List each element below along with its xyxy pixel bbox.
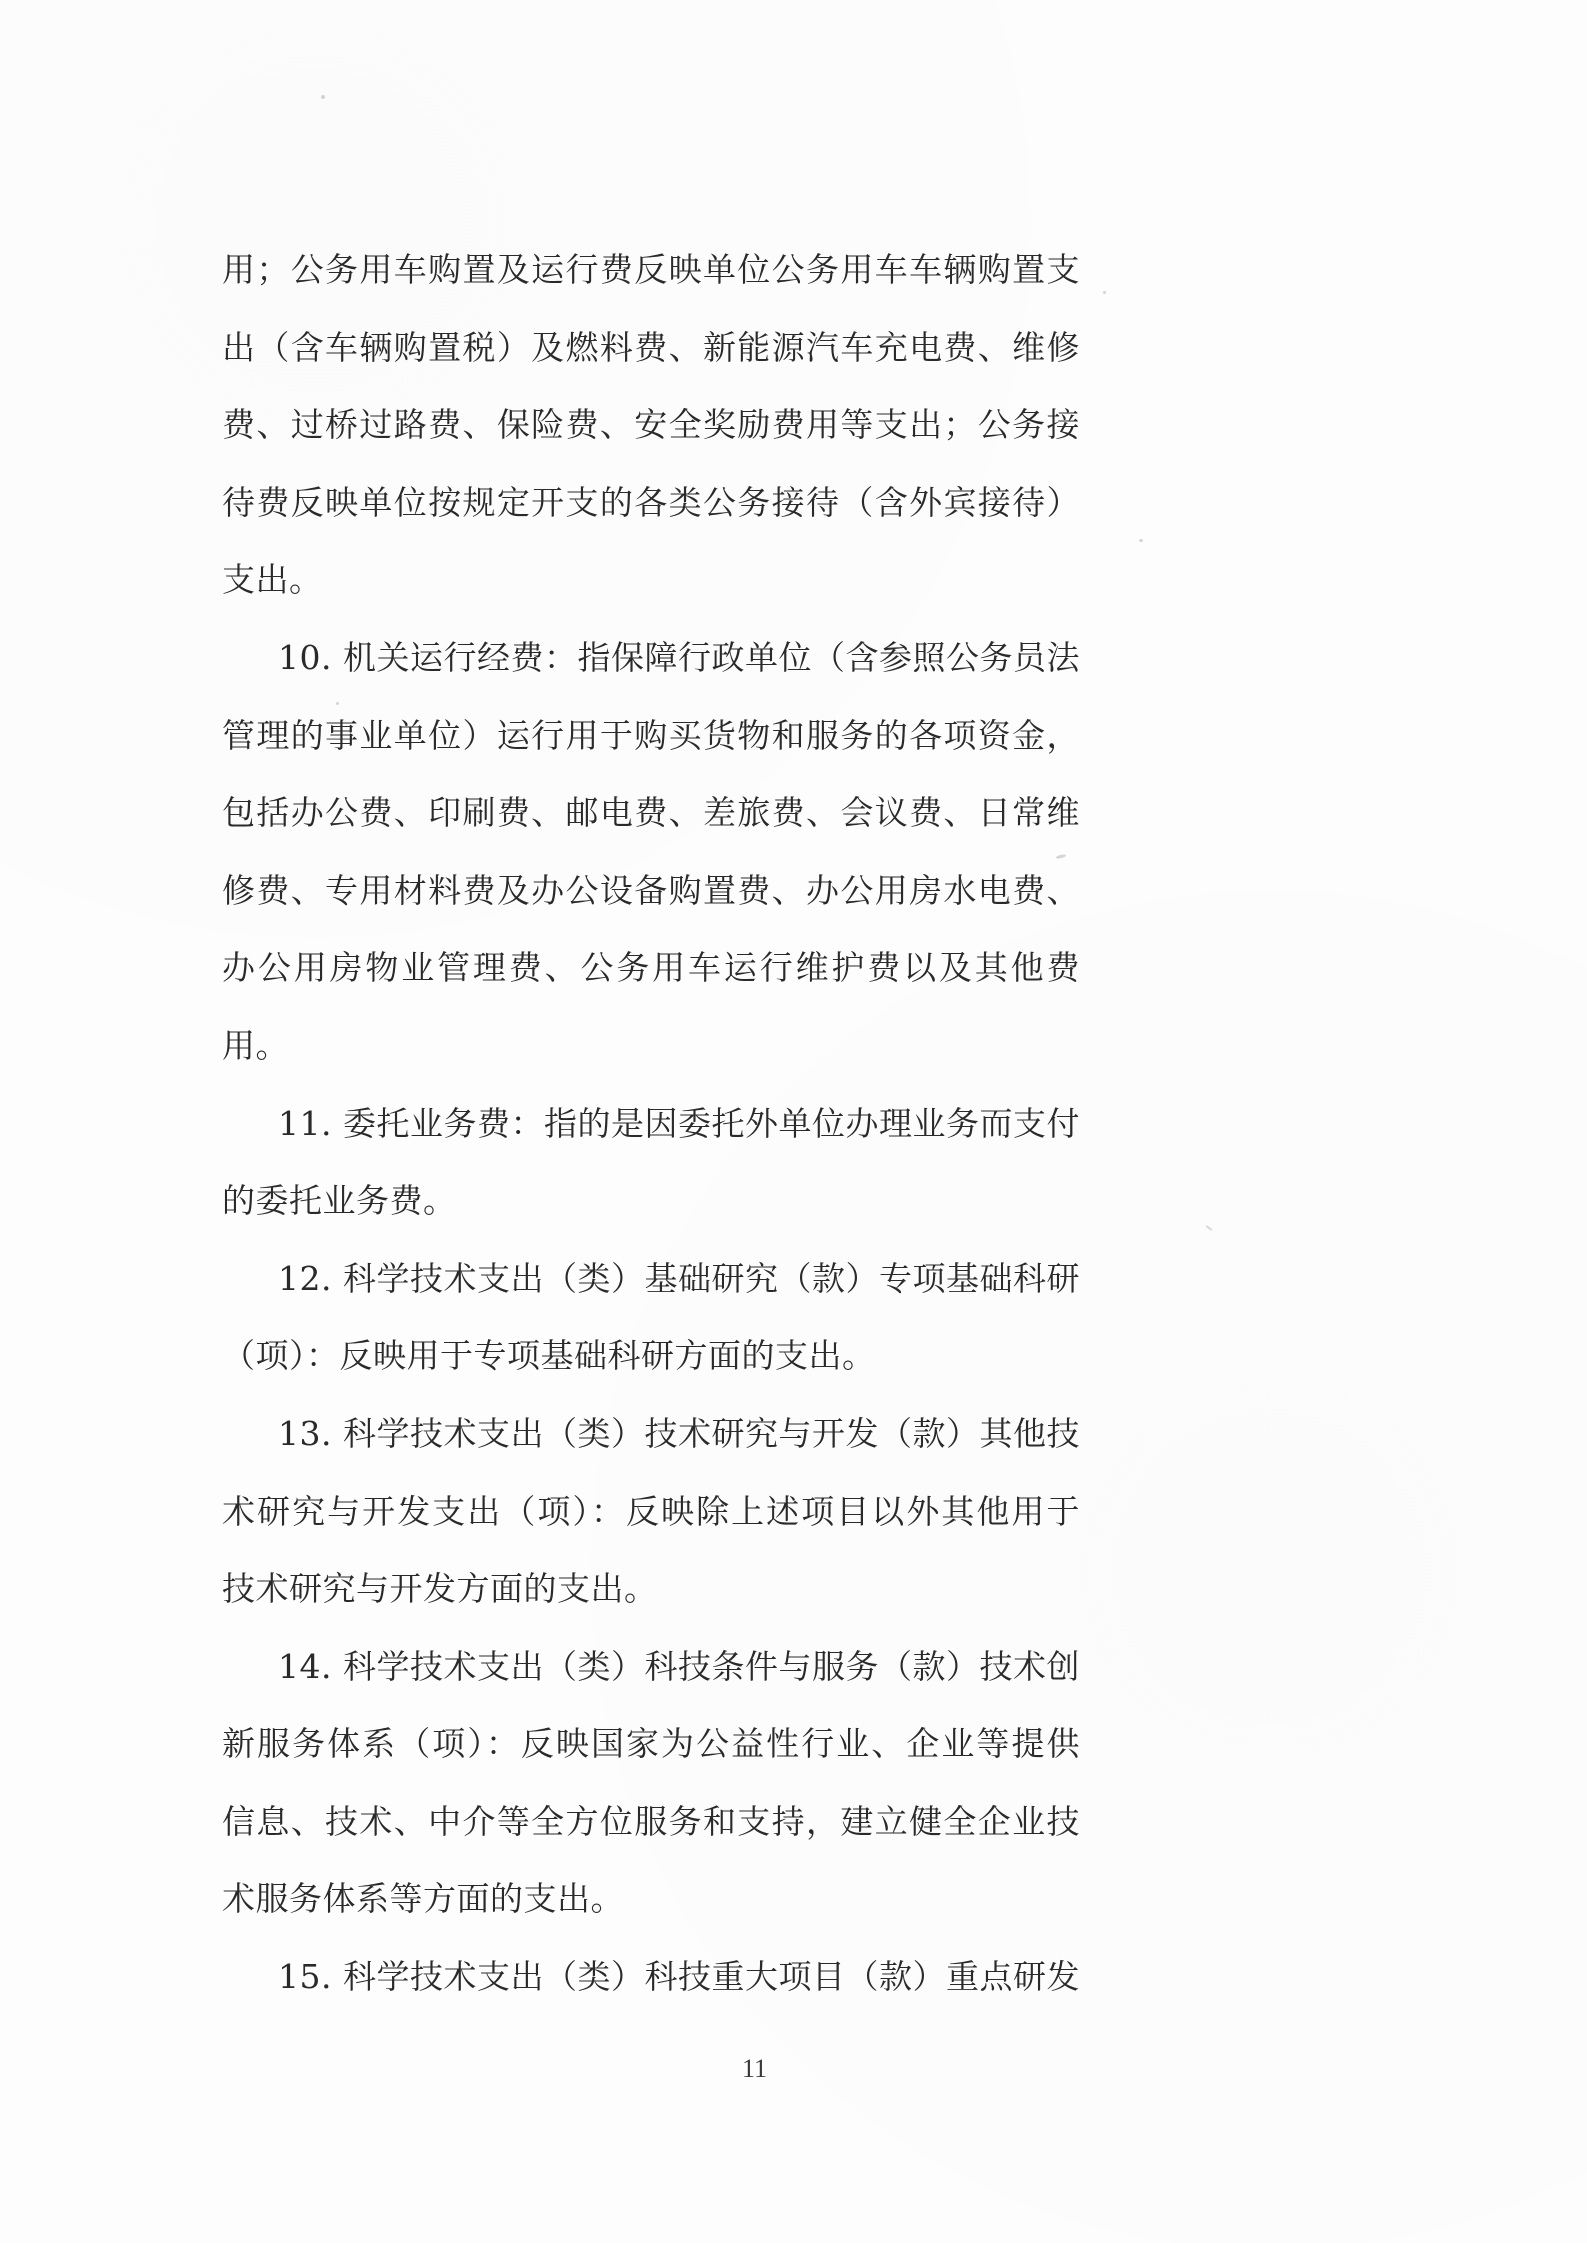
text-line-item-14: 14. 科学技术支出（类）科技条件与服务（款）技术创 [222, 1628, 1080, 1706]
text-line: 的委托业务费。 [222, 1162, 1080, 1240]
document-page: 用；公务用车购置及运行费反映单位公务用车车辆购置支 出（含车辆购置税）及燃料费、… [0, 0, 1587, 2243]
scan-speckle [1139, 539, 1143, 542]
text-block: 用；公务用车购置及运行费反映单位公务用车车辆购置支 出（含车辆购置税）及燃料费、… [222, 231, 1080, 2016]
scan-speckle [321, 95, 325, 99]
text-line: 用。 [222, 1007, 1080, 1085]
text-line: 支出。 [222, 541, 1080, 619]
text-line: 术服务体系等方面的支出。 [222, 1860, 1080, 1938]
text-line: 新服务体系（项）：反映国家为公益性行业、企业等提供 [222, 1705, 1080, 1783]
text-line: 技术研究与开发方面的支出。 [222, 1550, 1080, 1628]
text-line: 办公用房物业管理费、公务用车运行维护费以及其他费 [222, 929, 1080, 1007]
page-number: 11 [742, 2052, 767, 2086]
scan-speckle [1103, 291, 1106, 294]
text-line: 待费反映单位按规定开支的各类公务接待（含外宾接待） [222, 464, 1080, 542]
text-line: 管理的事业单位）运行用于购买货物和服务的各项资金， [222, 697, 1080, 775]
text-line-item-13: 13. 科学技术支出（类）技术研究与开发（款）其他技 [222, 1395, 1080, 1473]
text-line: （项）：反映用于专项基础科研方面的支出。 [222, 1317, 1080, 1395]
text-line: 信息、技术、中介等全方位服务和支持，建立健全企业技 [222, 1783, 1080, 1861]
text-line: 出（含车辆购置税）及燃料费、新能源汽车充电费、维修 [222, 309, 1080, 387]
text-line: 包括办公费、印刷费、邮电费、差旅费、会议费、日常维 [222, 774, 1080, 852]
text-line: 术研究与开发支出（项）：反映除上述项目以外其他用于 [222, 1473, 1080, 1551]
text-line: 修费、专用材料费及办公设备购置费、办公用房水电费、 [222, 852, 1080, 930]
text-line-item-11: 11. 委托业务费：指的是因委托外单位办理业务而支付 [222, 1085, 1080, 1163]
text-line: 用；公务用车购置及运行费反映单位公务用车车辆购置支 [222, 231, 1080, 309]
scan-speckle [1205, 1225, 1213, 1231]
scan-speckle [336, 702, 339, 705]
text-line: 费、过桥过路费、保险费、安全奖励费用等支出；公务接 [222, 386, 1080, 464]
text-line-item-12: 12. 科学技术支出（类）基础研究（款）专项基础科研 [222, 1240, 1080, 1318]
text-line-item-10: 10. 机关运行经费：指保障行政单位（含参照公务员法 [222, 619, 1080, 697]
text-line-item-15: 15. 科学技术支出（类）科技重大项目（款）重点研发 [222, 1938, 1080, 2016]
